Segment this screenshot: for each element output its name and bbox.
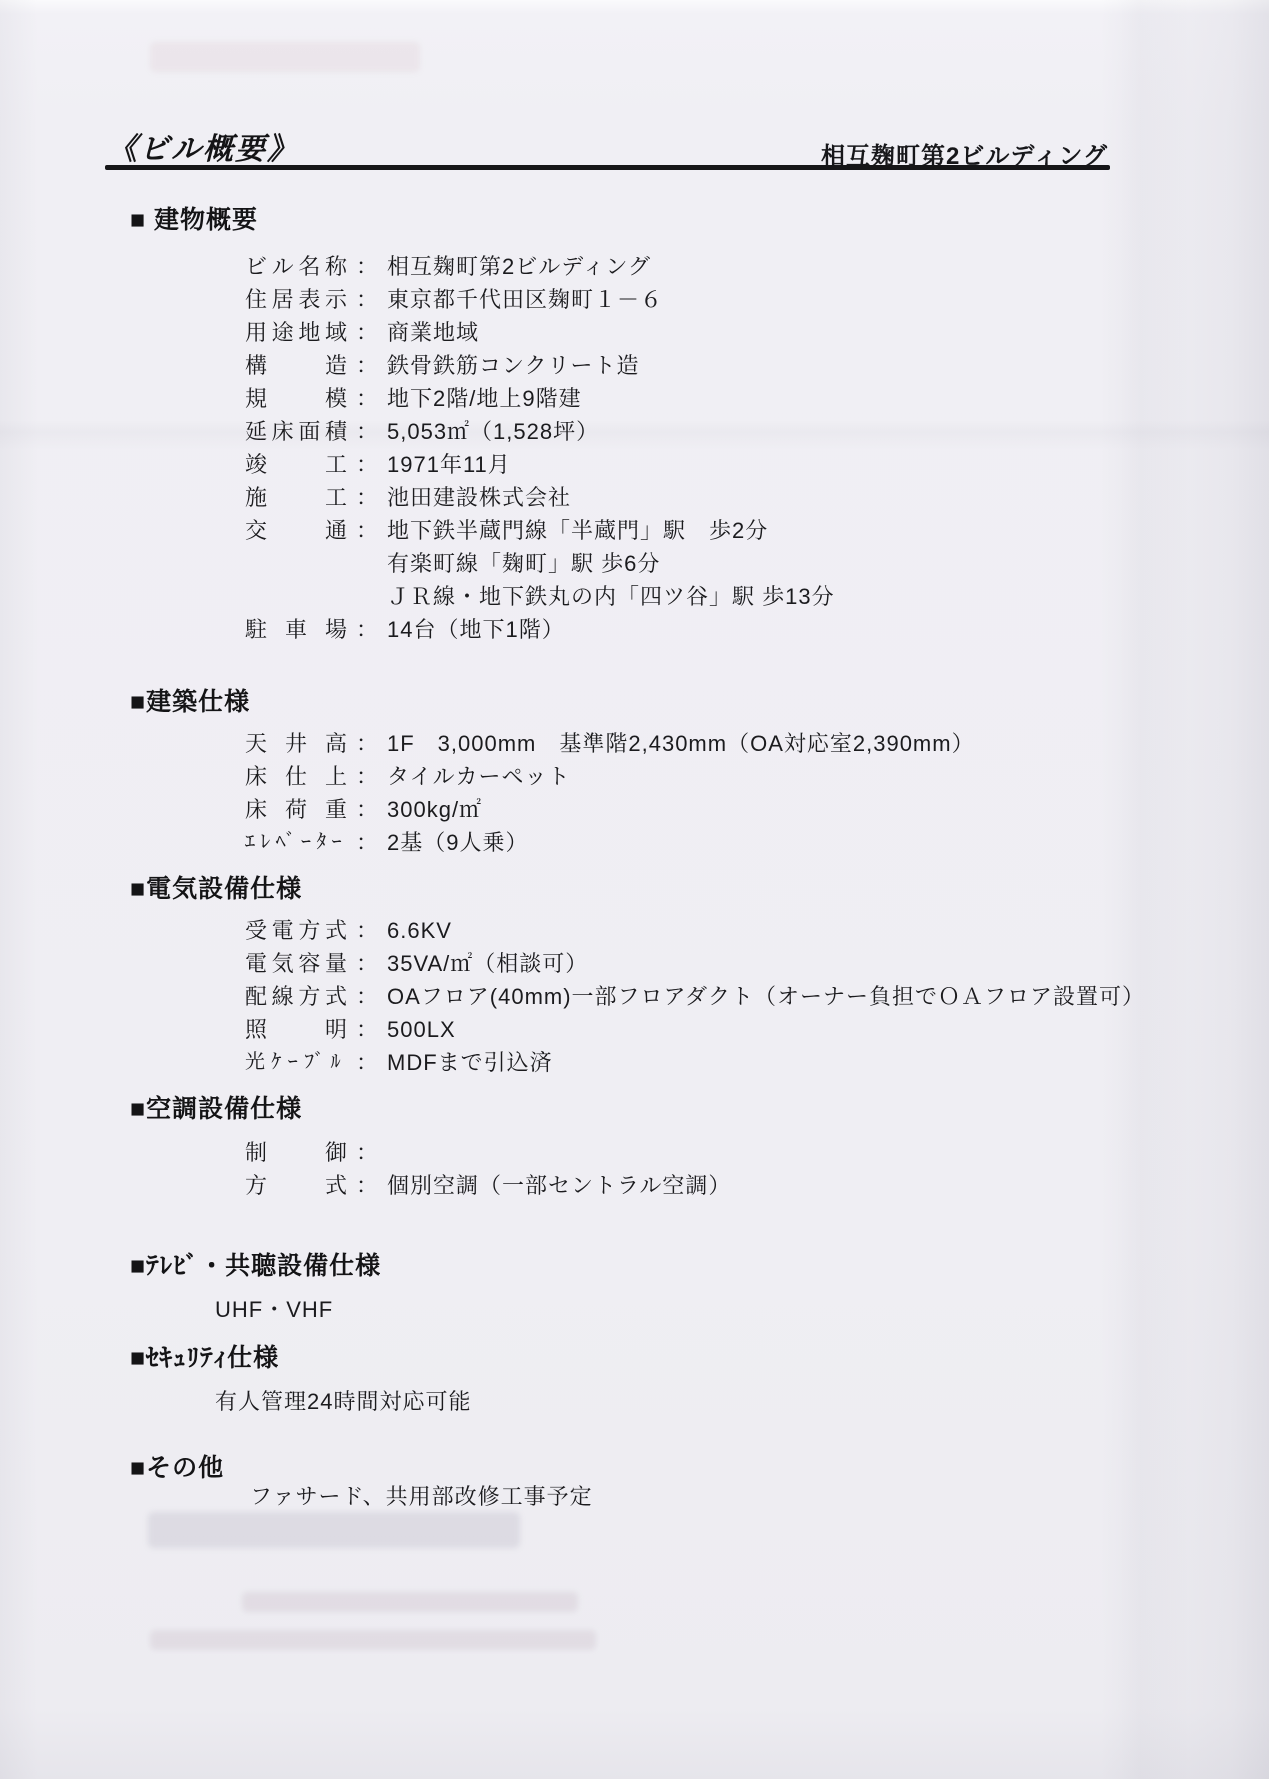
spec-value: 地下2階/地上9階建: [387, 382, 582, 415]
tv-spec-value: UHF・VHF: [215, 1293, 333, 1324]
spec-label: 制御: [245, 1136, 347, 1169]
spec-colon: ：: [347, 415, 387, 448]
bleed-through-smudge: [150, 1630, 596, 1650]
spec-label: 竣工: [245, 448, 347, 481]
spec-row: 方式：個別空調（一部セントラル空調）: [245, 1169, 731, 1202]
spec-row: 天井高：1F 3,000mm 基準階2,430mm（OA対応室2,390mm）: [245, 727, 975, 760]
spec-colon: [347, 580, 387, 613]
spec-row: 受電方式：6.6KV: [245, 914, 1145, 947]
section-heading-security-spec: ■ｾｷｭﾘﾃｨ仕様: [130, 1338, 279, 1374]
spec-value: 14台（地下1階）: [387, 613, 565, 646]
spec-value: 35VA/㎡（相談可）: [387, 947, 588, 980]
spec-label: 床仕上: [245, 760, 347, 793]
spec-label: 構造: [245, 349, 347, 382]
building-overview-rows: ビル名称：相互麹町第2ビルディング 住居表示：東京都千代田区麹町１－６ 用途地域…: [245, 250, 835, 646]
spec-row: 照明：500LX: [245, 1013, 1145, 1046]
spec-label: 施工: [245, 481, 347, 514]
spec-colon: ：: [347, 349, 387, 382]
spec-value: 個別空調（一部セントラル空調）: [387, 1169, 731, 1202]
electrical-spec-rows: 受電方式：6.6KV 電気容量：35VA/㎡（相談可） 配線方式：OAフロア(4…: [245, 914, 1145, 1079]
spec-row: 竣工：1971年11月: [245, 448, 835, 481]
spec-row: ビル名称：相互麹町第2ビルディング: [245, 250, 835, 283]
spec-colon: ：: [347, 1169, 387, 1202]
spec-colon: ：: [347, 826, 387, 859]
spec-colon: ：: [347, 250, 387, 283]
spec-colon: ：: [347, 613, 387, 646]
scanned-document-page: 《ビル概要》 相互麹町第2ビルディング ■ 建物概要 ビル名称：相互麹町第2ビル…: [0, 0, 1269, 1779]
spec-row: 構造：鉄骨鉄筋コンクリート造: [245, 349, 835, 382]
spec-label: ｴﾚﾍﾞｰﾀｰ: [245, 826, 347, 859]
spec-colon: ：: [347, 382, 387, 415]
section-heading-architecture-spec: ■建築仕様: [130, 682, 250, 718]
spec-row: 駐車場：14台（地下1階）: [245, 613, 835, 646]
spec-row: 床荷重：300kg/㎡: [245, 793, 975, 826]
spec-colon: ：: [347, 283, 387, 316]
spec-colon: ：: [347, 1046, 387, 1079]
spec-row: 配線方式：OAフロア(40mm)一部フロアダクト（オーナー負担でＯＡフロア設置可…: [245, 980, 1145, 1013]
spec-row-continuation: ＪＲ線・地下鉄丸の内「四ツ谷」駅 歩13分: [245, 580, 835, 613]
spec-colon: ：: [347, 914, 387, 947]
spec-value: 1F 3,000mm 基準階2,430mm（OA対応室2,390mm）: [387, 727, 975, 760]
spec-label: 方式: [245, 1169, 347, 1202]
spec-value: 1971年11月: [387, 448, 511, 481]
spec-row-continuation: 有楽町線「麹町」駅 歩6分: [245, 547, 835, 580]
hvac-spec-rows: 制御： 方式：個別空調（一部セントラル空調）: [245, 1136, 731, 1202]
spec-label: 駐車場: [245, 613, 347, 646]
spec-value: 5,053㎡（1,528坪）: [387, 415, 599, 448]
header-rule: [105, 165, 1110, 170]
spec-label: 住居表示: [245, 283, 347, 316]
spec-label: 照明: [245, 1013, 347, 1046]
spec-label: ビル名称: [245, 250, 347, 283]
spec-value: 商業地域: [387, 316, 479, 349]
spec-value: 鉄骨鉄筋コンクリート造: [387, 349, 640, 382]
spec-colon: ：: [347, 481, 387, 514]
spec-label: 光ｹｰﾌﾞﾙ: [245, 1046, 347, 1079]
spec-row: 用途地域：商業地域: [245, 316, 835, 349]
spec-colon: ：: [347, 1136, 387, 1169]
spec-value: ＪＲ線・地下鉄丸の内「四ツ谷」駅 歩13分: [387, 580, 835, 613]
spec-value: MDFまで引込済: [387, 1046, 553, 1079]
section-heading-others: ■その他: [130, 1448, 224, 1484]
spec-label: 床荷重: [245, 793, 347, 826]
spec-colon: ：: [347, 1013, 387, 1046]
spec-value: タイルカーペット: [387, 760, 571, 793]
spec-value: 有楽町線「麹町」駅 歩6分: [387, 547, 660, 580]
spec-label: 受電方式: [245, 914, 347, 947]
security-spec-value: 有人管理24時間対応可能: [215, 1385, 471, 1416]
spec-colon: ：: [347, 514, 387, 547]
spec-colon: ：: [347, 980, 387, 1013]
spec-colon: ：: [347, 727, 387, 760]
spec-row: 制御：: [245, 1136, 731, 1169]
spec-colon: ：: [347, 448, 387, 481]
spec-row: 規模：地下2階/地上9階建: [245, 382, 835, 415]
spec-colon: [347, 547, 387, 580]
spec-label: 配線方式: [245, 980, 347, 1013]
spec-value: 2基（9人乗）: [387, 826, 528, 859]
spec-value: 相互麹町第2ビルディング: [387, 250, 651, 283]
spec-row: 施工：池田建設株式会社: [245, 481, 835, 514]
spec-row: 延床面積：5,053㎡（1,528坪）: [245, 415, 835, 448]
section-heading-hvac-spec: ■空調設備仕様: [130, 1089, 302, 1125]
spec-value: OAフロア(40mm)一部フロアダクト（オーナー負担でＯＡフロア設置可）: [387, 980, 1145, 1013]
spec-row: 住居表示：東京都千代田区麹町１－６: [245, 283, 835, 316]
spec-label: 規模: [245, 382, 347, 415]
spec-label: 交通: [245, 514, 347, 547]
section-heading-building-overview: ■ 建物概要: [130, 200, 258, 236]
spec-colon: ：: [347, 793, 387, 826]
spec-colon: ：: [347, 760, 387, 793]
spec-value: 6.6KV: [387, 914, 452, 947]
section-heading-electrical-spec: ■電気設備仕様: [130, 869, 302, 905]
spec-colon: ：: [347, 316, 387, 349]
spec-row: 床仕上：タイルカーペット: [245, 760, 975, 793]
spec-label: [245, 580, 347, 613]
spec-label: 電気容量: [245, 947, 347, 980]
spec-label: 用途地域: [245, 316, 347, 349]
spec-row: ｴﾚﾍﾞｰﾀｰ：2基（9人乗）: [245, 826, 975, 859]
spec-row: 電気容量：35VA/㎡（相談可）: [245, 947, 1145, 980]
spec-label: 天井高: [245, 727, 347, 760]
spec-colon: ：: [347, 947, 387, 980]
spec-label: 延床面積: [245, 415, 347, 448]
section-heading-tv-spec: ■ﾃﾚﾋﾞ・共聴設備仕様: [130, 1246, 381, 1282]
spec-value: 300kg/㎡: [387, 793, 482, 826]
others-value: ファサード、共用部改修工事予定: [250, 1480, 593, 1511]
bleed-through-smudge: [242, 1592, 578, 1612]
spec-row: 光ｹｰﾌﾞﾙ：MDFまで引込済: [245, 1046, 1145, 1079]
spec-value: 地下鉄半蔵門線「半蔵門」駅 歩2分: [387, 514, 768, 547]
bleed-through-smudge: [148, 1512, 520, 1548]
spec-label: [245, 547, 347, 580]
architecture-spec-rows: 天井高：1F 3,000mm 基準階2,430mm（OA対応室2,390mm） …: [245, 727, 975, 859]
spec-value: 500LX: [387, 1013, 456, 1046]
spec-value: 東京都千代田区麹町１－６: [387, 283, 663, 316]
spec-row: 交通：地下鉄半蔵門線「半蔵門」駅 歩2分: [245, 514, 835, 547]
bleed-through-smudge: [150, 42, 420, 72]
spec-value: 池田建設株式会社: [387, 481, 571, 514]
